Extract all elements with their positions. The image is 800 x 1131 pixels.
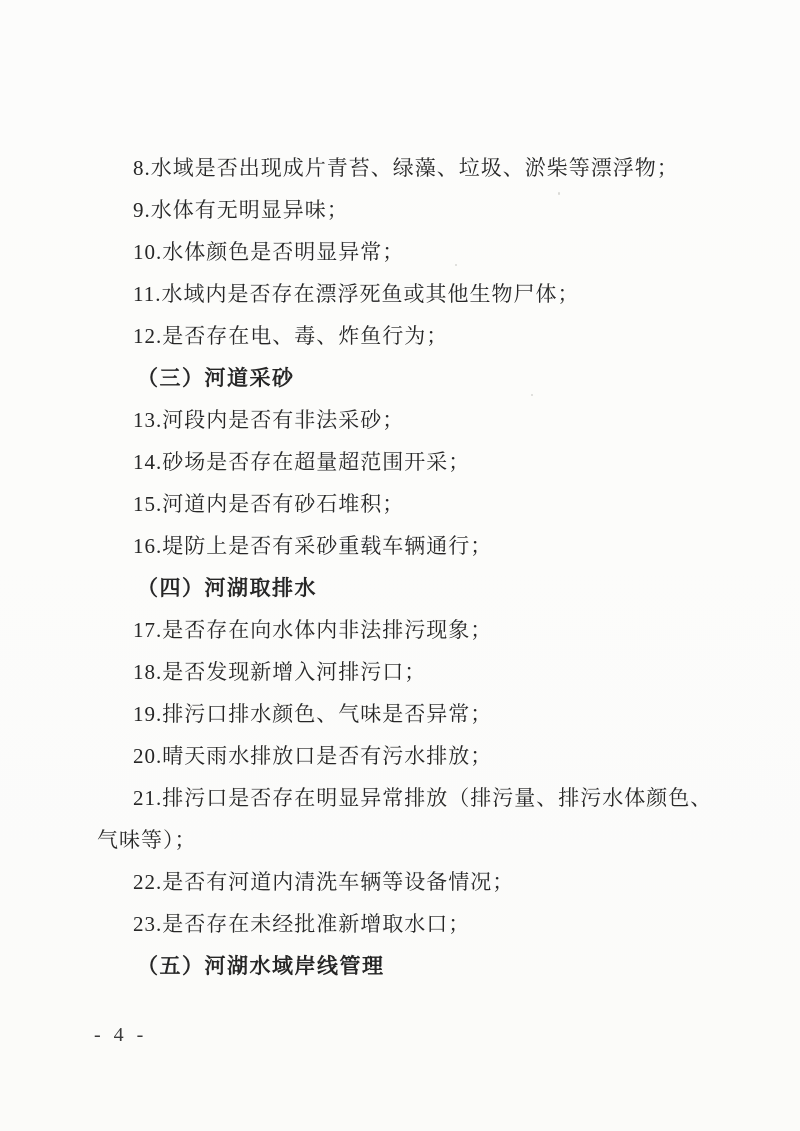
checklist-body: 8.水域是否出现成片青苔、绿藻、垃圾、淤柴等漂浮物； 9.水体有无明显异味； 1… (97, 147, 737, 987)
section-heading-4: （四）河湖取排水 (97, 567, 737, 609)
section-heading-5: （五）河湖水域岸线管理 (97, 945, 737, 987)
checklist-item-17: 17.是否存在向水体内非法排污现象； (97, 609, 737, 651)
checklist-item-15: 15.河道内是否有砂石堆积； (97, 483, 737, 525)
checklist-item-16: 16.堤防上是否有采砂重载车辆通行； (97, 525, 737, 567)
checklist-item-10: 10.水体颜色是否明显异常； (97, 231, 737, 273)
scan-speck (558, 192, 560, 195)
checklist-item-12: 12.是否存在电、毒、炸鱼行为； (97, 315, 737, 357)
page-number: - 4 - (94, 1022, 147, 1048)
checklist-item-21: 21.排污口是否存在明显异常排放（排污量、排污水体颜色、 (97, 777, 737, 819)
scan-speck (455, 264, 457, 266)
checklist-item-20: 20.晴天雨水排放口是否有污水排放； (97, 735, 737, 777)
checklist-item-21-continuation: 气味等）； (97, 819, 737, 861)
checklist-item-13: 13.河段内是否有非法采砂； (97, 399, 737, 441)
checklist-item-14: 14.砂场是否存在超量超范围开采； (97, 441, 737, 483)
checklist-item-18: 18.是否发现新增入河排污口； (97, 651, 737, 693)
checklist-item-11: 11.水域内是否存在漂浮死鱼或其他生物尸体； (97, 273, 737, 315)
checklist-item-19: 19.排污口排水颜色、气味是否异常； (97, 693, 737, 735)
section-heading-3: （三）河道采砂 (97, 357, 737, 399)
checklist-item-22: 22.是否有河道内清洗车辆等设备情况； (97, 861, 737, 903)
document-page: 8.水域是否出现成片青苔、绿藻、垃圾、淤柴等漂浮物； 9.水体有无明显异味； 1… (0, 0, 800, 1131)
checklist-item-8: 8.水域是否出现成片青苔、绿藻、垃圾、淤柴等漂浮物； (97, 147, 737, 189)
checklist-item-9: 9.水体有无明显异味； (97, 189, 737, 231)
checklist-item-23: 23.是否存在未经批准新增取水口； (97, 903, 737, 945)
scan-speck (531, 394, 533, 396)
